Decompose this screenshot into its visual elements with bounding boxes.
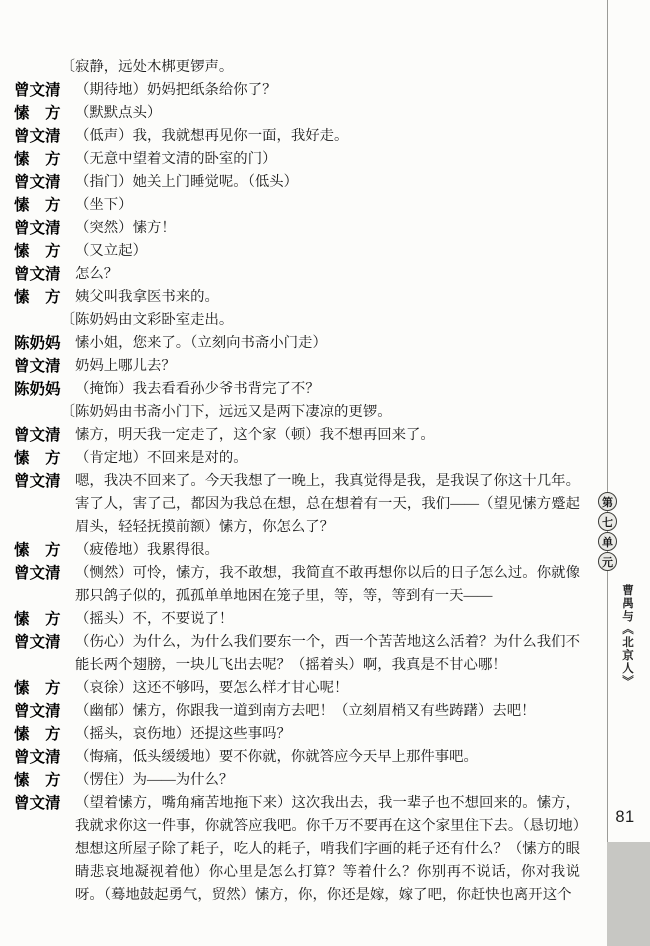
dialogue-line: 愫 方（坐下）	[14, 194, 580, 217]
dialogue-text: （愣住）为——为什么？	[75, 769, 580, 792]
dialogue-line: 愫 方（肯定地）不回来是对的。	[14, 447, 580, 470]
dialogue-line: 愫 方（哀徐）这还不够吗，要怎么样才甘心呢！	[14, 677, 580, 700]
lesson-title-vertical: 曹禺与《北京人》	[619, 584, 635, 688]
dialogue-text: （哀徐）这还不够吗，要怎么样才甘心呢！	[75, 677, 580, 700]
dialogue-line: 曾文清（望着愫方，嘴角痛苦地拖下来）这次我出去，我一辈子也不想回来的。愫方，我就…	[14, 792, 580, 907]
unit-badge-char: 第	[598, 492, 617, 511]
dialogue-line: 愫 方（又立起）	[14, 240, 580, 263]
play-script-text-column: 〔寂静，远处木梆更锣声。曾文清（期待地）奶妈把纸条给你了？愫 方（默默点头）曾文…	[14, 56, 580, 907]
dialogue-line: 曾文清奶妈上哪儿去？	[14, 355, 580, 378]
unit-badge-char: 七	[598, 512, 617, 531]
sidebar-divider-line	[607, 0, 608, 842]
dialogue-text: （悔痛，低头缓缓地）要不你就，你就答应今天早上那件事吧。	[75, 746, 580, 769]
dialogue-text: （低声）我，我就想再见你一面，我好走。	[75, 125, 580, 148]
dialogue-line: 愫 方（无意中望着文清的卧室的门）	[14, 148, 580, 171]
dialogue-text: （无意中望着文清的卧室的门）	[75, 148, 580, 171]
stage-direction-text: 〔陈奶妈由文彩卧室走出。	[75, 309, 580, 332]
dialogue-line: 愫 方（摇头）不，不要说了！	[14, 608, 580, 631]
speaker-name: 愫 方	[14, 286, 62, 309]
textbook-page: 〔寂静，远处木梆更锣声。曾文清（期待地）奶妈把纸条给你了？愫 方（默默点头）曾文…	[0, 0, 650, 946]
dialogue-text: （伤心）为什么，为什么我们要东一个，西一个苦苦地这么活着？为什么我们不能长两个翅…	[75, 631, 580, 677]
speaker-name: 陈奶妈	[14, 332, 62, 355]
dialogue-text: （又立起）	[75, 240, 580, 263]
dialogue-line: 愫 方（愣住）为——为什么？	[14, 769, 580, 792]
dialogue-text: （指门）她关上门睡觉呢。（低头）	[75, 171, 580, 194]
dialogue-text: 怎么？	[75, 263, 580, 286]
dialogue-line: 曾文清（悔痛，低头缓缓地）要不你就，你就答应今天早上那件事吧。	[14, 746, 580, 769]
dialogue-line: 曾文清（恻然）可怜，愫方，我不敢想，我简直不敢再想你以后的日子怎么过。你就像那只…	[14, 562, 580, 608]
stage-direction-line: 〔寂静，远处木梆更锣声。	[14, 56, 580, 79]
speaker-name: 曾文清	[14, 263, 62, 286]
dialogue-text: （坐下）	[75, 194, 580, 217]
speaker-name: 愫 方	[14, 539, 62, 562]
dialogue-line: 曾文清（幽郁）愫方，你跟我一道到南方去吧！（立刻眉梢又有些踌躇）去吧！	[14, 700, 580, 723]
speaker-name: 曾文清	[14, 700, 62, 723]
speaker-name: 愫 方	[14, 240, 62, 263]
dialogue-text: 奶妈上哪儿去？	[75, 355, 580, 378]
speaker-name: 曾文清	[14, 470, 62, 493]
speaker-name: 愫 方	[14, 447, 62, 470]
speaker-name: 曾文清	[14, 125, 62, 148]
stage-direction-line: 〔陈奶妈由文彩卧室走出。	[14, 309, 580, 332]
stage-direction-text: 〔陈奶妈由书斋小门下，远远又是两下凄凉的更锣。	[75, 401, 580, 424]
dialogue-text: 愫方，明天我一定走了，这个家（顿）我不想再回来了。	[75, 424, 580, 447]
stage-direction-line: 〔陈奶妈由书斋小门下，远远又是两下凄凉的更锣。	[14, 401, 580, 424]
dialogue-line: 曾文清怎么？	[14, 263, 580, 286]
dialogue-text: （掩饰）我去看看孙少爷书背完了不？	[75, 378, 580, 401]
dialogue-line: 曾文清（伤心）为什么，为什么我们要东一个，西一个苦苦地这么活着？为什么我们不能长…	[14, 631, 580, 677]
dialogue-text: 嗯，我决不回来了。今天我想了一晚上，我真觉得是我，是我误了你这十几年。害了人，害…	[75, 470, 580, 539]
dialogue-text: 姨父叫我拿医书来的。	[75, 286, 580, 309]
dialogue-text: （望着愫方，嘴角痛苦地拖下来）这次我出去，我一辈子也不想回来的。愫方，我就求你这…	[75, 792, 580, 907]
speaker-name: 陈奶妈	[14, 378, 62, 401]
page-number: 81	[608, 808, 642, 827]
dialogue-line: 曾文清愫方，明天我一定走了，这个家（顿）我不想再回来了。	[14, 424, 580, 447]
speaker-name: 曾文清	[14, 79, 62, 102]
speaker-name: 曾文清	[14, 424, 62, 447]
dialogue-line: 陈奶妈（掩饰）我去看看孙少爷书背完了不？	[14, 378, 580, 401]
dialogue-text: （摇头）不，不要说了！	[75, 608, 580, 631]
dialogue-text: （突然）愫方！	[75, 217, 580, 240]
dialogue-line: 陈奶妈愫小姐，您来了。（立刻向书斋小门走）	[14, 332, 580, 355]
speaker-name: 愫 方	[14, 723, 62, 746]
speaker-name: 愫 方	[14, 608, 62, 631]
speaker-name: 曾文清	[14, 217, 62, 240]
dialogue-line: 曾文清（低声）我，我就想再见你一面，我好走。	[14, 125, 580, 148]
unit-badge-char: 元	[598, 552, 617, 571]
speaker-name: 愫 方	[14, 769, 62, 792]
dialogue-text: （期待地）奶妈把纸条给你了？	[75, 79, 580, 102]
dialogue-line: 曾文清（突然）愫方！	[14, 217, 580, 240]
stage-direction-text: 〔寂静，远处木梆更锣声。	[75, 56, 580, 79]
speaker-name: 曾文清	[14, 746, 62, 769]
dialogue-line: 愫 方（摇头，哀伤地）还提这些事吗？	[14, 723, 580, 746]
page-edge-tab	[607, 842, 650, 946]
speaker-name: 愫 方	[14, 102, 62, 125]
speaker-name: 愫 方	[14, 677, 62, 700]
speaker-name: 曾文清	[14, 171, 62, 194]
unit-label-badges: 第七单元	[598, 492, 617, 571]
speaker-name: 愫 方	[14, 194, 62, 217]
dialogue-text: （默默点头）	[75, 102, 580, 125]
dialogue-line: 愫 方（疲倦地）我累得很。	[14, 539, 580, 562]
speaker-name: 曾文清	[14, 631, 62, 654]
dialogue-text: （肯定地）不回来是对的。	[75, 447, 580, 470]
speaker-name: 曾文清	[14, 792, 62, 815]
speaker-name: 曾文清	[14, 562, 62, 585]
dialogue-line: 曾文清（指门）她关上门睡觉呢。（低头）	[14, 171, 580, 194]
dialogue-text: （恻然）可怜，愫方，我不敢想，我简直不敢再想你以后的日子怎么过。你就像那只鸽子似…	[75, 562, 580, 608]
dialogue-text: （幽郁）愫方，你跟我一道到南方去吧！（立刻眉梢又有些踌躇）去吧！	[75, 700, 580, 723]
unit-badge-char: 单	[598, 532, 617, 551]
dialogue-line: 曾文清（期待地）奶妈把纸条给你了？	[14, 79, 580, 102]
speaker-name: 愫 方	[14, 148, 62, 171]
dialogue-text: （摇头，哀伤地）还提这些事吗？	[75, 723, 580, 746]
dialogue-line: 愫 方姨父叫我拿医书来的。	[14, 286, 580, 309]
dialogue-text: 愫小姐，您来了。（立刻向书斋小门走）	[75, 332, 580, 355]
dialogue-text: （疲倦地）我累得很。	[75, 539, 580, 562]
dialogue-line: 曾文清嗯，我决不回来了。今天我想了一晚上，我真觉得是我，是我误了你这十几年。害了…	[14, 470, 580, 539]
speaker-name: 曾文清	[14, 355, 62, 378]
dialogue-line: 愫 方（默默点头）	[14, 102, 580, 125]
